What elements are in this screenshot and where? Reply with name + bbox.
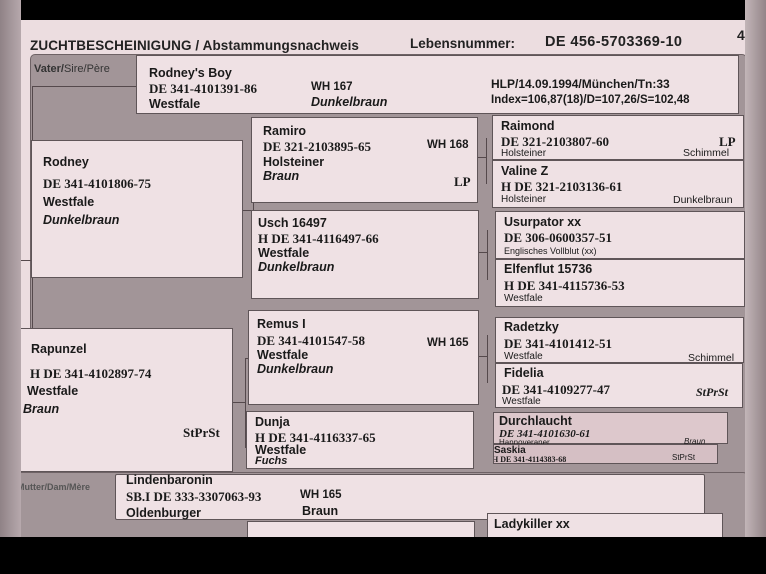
sire-label-en-fr: Sire/Père [64,63,110,75]
granddam-color: Braun [23,402,59,416]
durchlaucht-name: Durchlaucht [499,414,572,428]
gen3-box-remus: Remus I DE 341-4101547-58 Westfale Dunke… [248,310,479,405]
dunja-name: Dunja [255,415,290,429]
elfenflut-name: Elfenflut 15736 [504,262,592,276]
grandsire-box: Rodney DE 341-4101806-75 Westfale Dunkel… [31,140,243,278]
granddam-breed: Westfale [27,384,78,398]
sire-box: Rodney's Boy DE 341-4101391-86 Westfale … [136,55,739,114]
raimond-name: Raimond [501,119,554,133]
connector-line [233,402,245,403]
dam-section-label: Mutter/Dam/Mère [21,482,90,492]
fidelia-name: Fidelia [504,366,544,380]
dam-height: WH 165 [300,489,342,501]
saskia-reg: H DE 341-4114383-68 [493,455,566,464]
remus-height: WH 165 [427,337,469,349]
connector-line [479,252,487,253]
fidelia-tag: StPrSt [696,385,728,400]
remus-color: Dunkelbraun [257,362,333,376]
remus-name: Remus I [257,317,306,331]
fidelia-breed: Westfale [502,396,541,407]
gen4-box-usurpator: Usurpator xx DE 306-0600357-51 Englische… [495,211,745,259]
photo-edge-left [0,0,21,574]
raimond-color: Schimmel [683,147,729,159]
usch-name: Usch 16497 [258,216,327,230]
grandsire-color: Dunkelbraun [43,213,119,227]
gen4-box-ladykiller: Ladykiller xx [487,513,723,537]
connector-line [32,86,136,87]
sire-reg: DE 341-4101391-86 [149,81,257,97]
dam-breed: Oldenburger [126,506,201,520]
connector-line [486,138,487,184]
document-title: ZUCHTBESCHEINIGUNG / Abstammungsnachweis [30,38,359,53]
granddam-box: Rapunzel H DE 341-4102897-74 Westfale Br… [21,328,233,472]
ramiro-reg: DE 321-2103895-65 [263,139,371,155]
sire-name: Rodney's Boy [149,66,232,80]
valine-reg: H DE 321-2103136-61 [501,179,622,195]
gen4-box-elfenflut: Elfenflut 15736 H DE 341-4115736-53 West… [495,259,745,307]
connector-line [487,230,488,280]
usurpator-reg: DE 306-0600357-51 [504,230,612,246]
remus-breed: Westfale [257,348,308,362]
radetzky-name: Radetzky [504,320,559,334]
usch-breed: Westfale [258,246,309,260]
ramiro-color: Braun [263,169,299,183]
connector-line [478,157,486,158]
radetzky-reg: DE 341-4101412-51 [504,336,612,352]
life-number: DE 456-5703369-10 [545,34,682,50]
grandsire-name: Rodney [43,155,89,169]
photo-edge-right [745,0,766,574]
sire-height: WH 167 [311,81,353,93]
pedigree-certificate: ZUCHTBESCHEINIGUNG / Abstammungsnachweis… [21,20,745,537]
gen4-box-radetzky: Radetzky DE 341-4101412-51 Westfale Schi… [495,317,744,363]
granddam-reg: H DE 341-4102897-74 [30,366,151,382]
gen4-box-valine: Valine Z H DE 321-2103136-61 Holsteiner … [492,160,744,208]
sire-section-label: Vater/Sire/Père [34,63,110,75]
granddam-tag: StPrSt [183,425,220,441]
sire-breed: Westfale [149,97,200,111]
usurpator-breed: Englisches Vollblut (xx) [504,246,597,256]
connector-line [487,335,488,383]
ramiro-name: Ramiro [263,124,306,138]
dunja-color: Fuchs [255,455,287,467]
dam-name: Lindenbaronin [126,473,213,487]
valine-breed: Holsteiner [501,194,546,205]
ramiro-height: WH 168 [427,139,469,151]
ramiro-breed: Holsteiner [263,155,324,169]
valine-name: Valine Z [501,164,548,178]
remus-reg: DE 341-4101547-58 [257,333,365,349]
sire-color: Dunkelbraun [311,95,387,109]
ramiro-tag: LP [454,174,471,190]
gen3-box-usch: Usch 16497 H DE 341-4116497-66 Westfale … [251,210,479,299]
granddam-name: Rapunzel [31,342,87,356]
gen3-box-dunja: Dunja H DE 341-4116337-65 Westfale Fuchs [246,411,474,469]
photo-border-top [0,0,766,20]
dam-color: Braun [302,504,338,518]
gen4-box-saskia: Saskia H DE 341-4114383-68 StPrSt [493,444,718,464]
gen4-box-fidelia: Fidelia DE 341-4109277-47 Westfale StPrS… [495,363,743,408]
sire-label-de: Vater/ [34,63,64,75]
radetzky-breed: Westfale [504,351,543,362]
sire-breeding-index: Index=106,87(18)/D=107,26/S=102,48 [491,94,690,106]
elfenflut-breed: Westfale [504,293,543,304]
usch-reg: H DE 341-4116497-66 [258,231,379,247]
dam-reg: SB.I DE 333-3307063-93 [126,489,261,505]
gen3-box-ramiro: Ramiro DE 321-2103895-65 Holsteiner Brau… [251,117,478,203]
grandsire-reg: DE 341-4101806-75 [43,176,151,192]
elfenflut-reg: H DE 341-4115736-53 [504,278,625,294]
grandsire-breed: Westfale [43,195,94,209]
raimond-breed: Holsteiner [501,148,546,159]
valine-color: Dunkelbraun [673,194,733,206]
saskia-tag: StPrSt [672,453,695,462]
life-number-label: Lebensnummer: [410,36,515,51]
gen4-box-raimond: Raimond DE 321-2103807-60 Holsteiner LP … [492,115,744,160]
photo-border-bottom [0,537,766,574]
ladykiller-name: Ladykiller xx [494,517,570,531]
sire-performance-test: HLP/14.09.1994/München/Tn:33 [491,77,670,91]
connector-line [479,356,487,357]
usch-color: Dunkelbraun [258,260,334,274]
dam-gen3-box [247,521,475,537]
gen4-box-durchlaucht: Durchlaucht DE 341-4101630-61 Hannoveran… [493,412,728,444]
usurpator-name: Usurpator xx [504,215,581,229]
page-number: 4 [737,27,745,43]
